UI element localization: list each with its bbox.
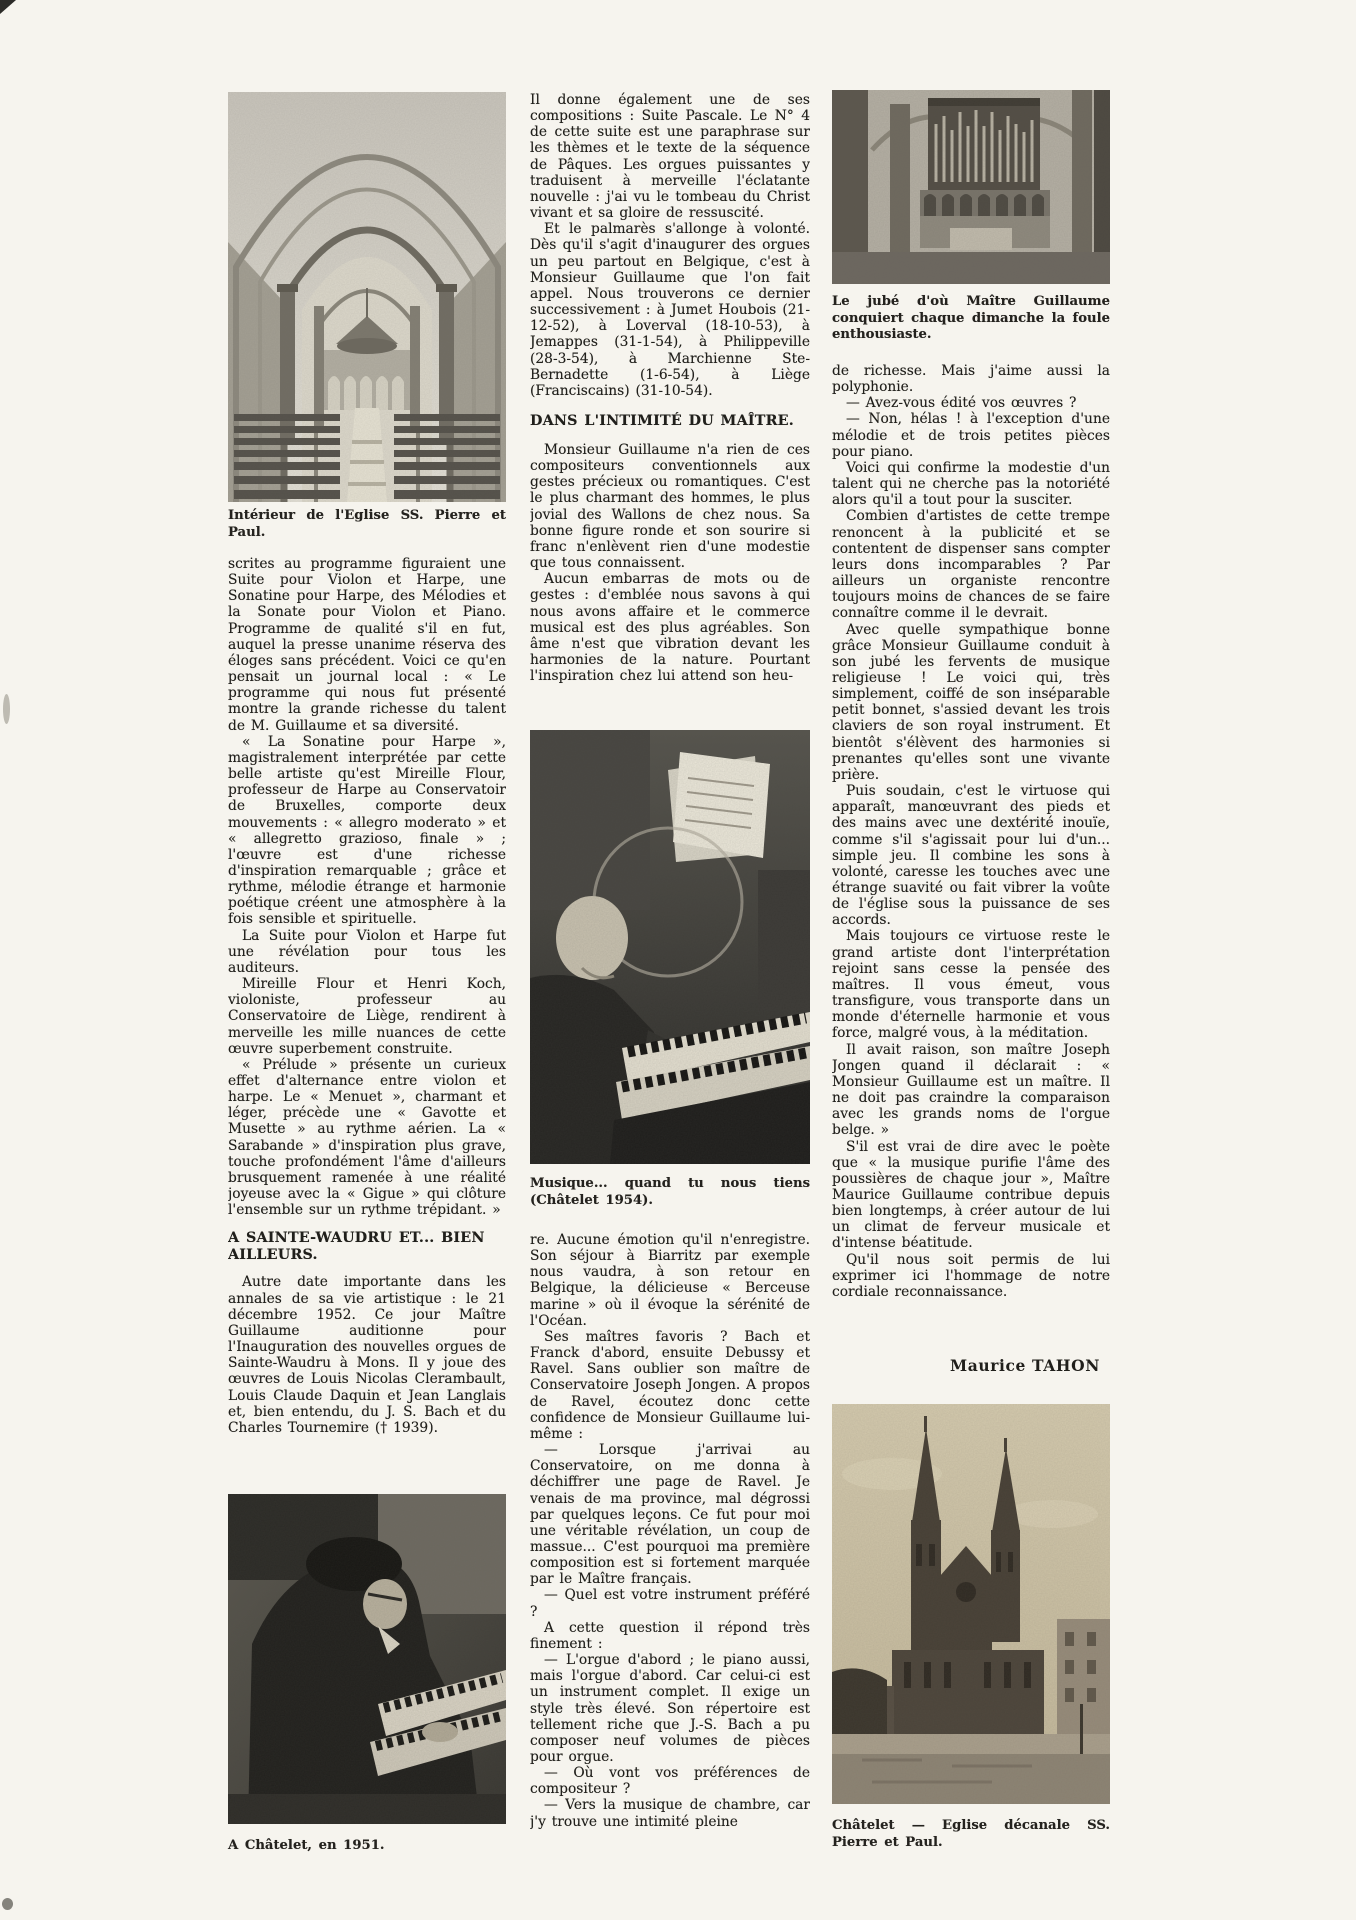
photo-caption: Châtelet — Eglise décanale SS. Pierre et… — [832, 1818, 1110, 1851]
organist-console-photo — [530, 730, 810, 1164]
body-paragraph: Mireille Flour et Henri Koch, violoniste… — [228, 976, 506, 1057]
body-paragraph: Avec quelle sympathique bonne grâce Mons… — [832, 622, 1110, 784]
section-heading: DANS L'INTIMITÉ DU MAÎTRE. — [530, 413, 810, 430]
body-paragraph: Qu'il nous soit permis de lui exprimer i… — [832, 1252, 1110, 1300]
body-paragraph: Autre date importante dans les annales d… — [228, 1274, 506, 1436]
photo-caption: Musique... quand tu nous tiens (Châtelet… — [530, 1176, 810, 1209]
body-paragraph: Il donne également une de ses compositio… — [530, 92, 810, 221]
author-byline: Maurice TAHON — [832, 1356, 1110, 1375]
body-paragraph: — Avez-vous édité vos œuvres ? — [832, 395, 1110, 411]
middle-column-bottom: re. Aucune émotion qu'il n'enregistre. S… — [530, 1232, 810, 1874]
organist-1951-photo — [228, 1494, 506, 1824]
newspaper-page: Intérieur de l'Eglise SS. Pierre et Paul… — [0, 0, 1356, 1920]
middle-column-top: Il donne également une de ses compositio… — [530, 92, 810, 726]
scan-speck — [3, 694, 10, 724]
church-interior-photo — [228, 92, 506, 502]
photo-caption: A Châtelet, en 1951. — [228, 1838, 506, 1855]
body-paragraph: Ses maîtres favoris ? Bach et Franck d'a… — [530, 1329, 810, 1442]
body-paragraph: Aucun embarras de mots ou de gestes : d'… — [530, 571, 810, 684]
body-paragraph: S'il est vrai de dire avec le poète que … — [832, 1139, 1110, 1252]
body-paragraph: Monsieur Guillaume n'a rien de ces compo… — [530, 442, 810, 571]
body-paragraph: scrites au programme figuraient une Suit… — [228, 556, 506, 734]
body-paragraph: Il avait raison, son maître Joseph Jonge… — [832, 1042, 1110, 1139]
body-paragraph: Puis soudain, c'est le virtuose qui appa… — [832, 783, 1110, 928]
body-paragraph: Voici qui confirme la modestie d'un tale… — [832, 460, 1110, 508]
body-paragraph: — Non, hélas ! à l'exception d'une mélod… — [832, 411, 1110, 459]
right-column: de richesse. Mais j'aime aussi la polyph… — [832, 363, 1110, 1341]
body-paragraph: Combien d'artistes de cette trempe renon… — [832, 508, 1110, 621]
body-paragraph: — L'orgue d'abord ; le piano aussi, mais… — [530, 1652, 810, 1765]
photo-caption: Intérieur de l'Eglise SS. Pierre et Paul… — [228, 508, 506, 541]
body-paragraph: — Lorsque j'arrivai au Conservatoire, on… — [530, 1442, 810, 1587]
scan-speck — [2, 1898, 13, 1910]
photo-caption: Le jubé d'où Maître Guillaume conquiert … — [832, 294, 1110, 344]
scan-speck — [0, 0, 16, 14]
body-paragraph: « La Sonatine pour Harpe », magistraleme… — [228, 734, 506, 928]
church-exterior-photo — [832, 1404, 1110, 1804]
body-paragraph: — Vers la musique de chambre, car j'y tr… — [530, 1797, 810, 1829]
body-paragraph: A cette question il répond très finement… — [530, 1620, 810, 1652]
body-paragraph: Mais toujours ce virtuose reste le grand… — [832, 928, 1110, 1041]
body-paragraph: Et le palmarès s'allonge à volonté. Dès … — [530, 221, 810, 399]
body-paragraph: — Où vont vos préférences de compositeur… — [530, 1765, 810, 1797]
organ-loft-photo — [832, 90, 1110, 284]
body-paragraph: de richesse. Mais j'aime aussi la polyph… — [832, 363, 1110, 395]
body-paragraph: La Suite pour Violon et Harpe fut une ré… — [228, 928, 506, 976]
body-paragraph: « Prélude » présente un curieux effet d'… — [228, 1057, 506, 1219]
left-column: scrites au programme figuraient une Suit… — [228, 556, 506, 1490]
body-paragraph: — Quel est votre instrument préféré ? — [530, 1587, 810, 1619]
section-heading: A SAINTE-WAUDRU ET... BIEN AILLEURS. — [228, 1230, 506, 1264]
body-paragraph: re. Aucune émotion qu'il n'enregistre. S… — [530, 1232, 810, 1329]
